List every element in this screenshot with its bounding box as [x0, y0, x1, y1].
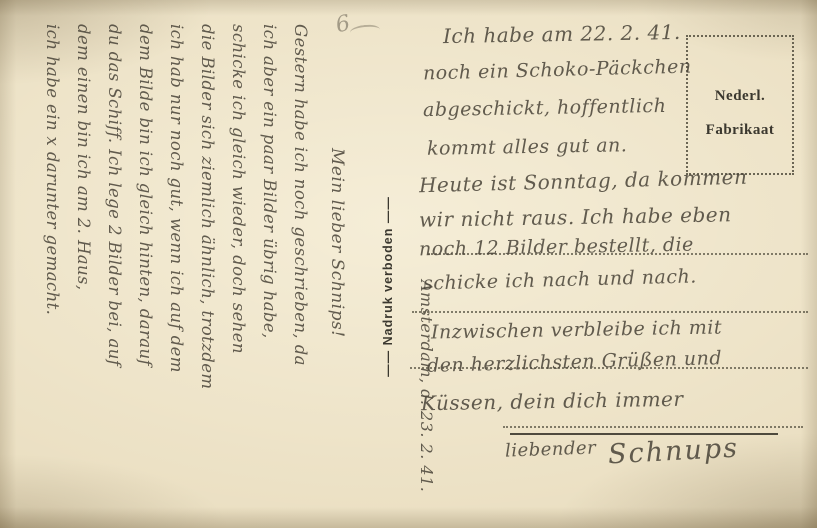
message-line: abgeschickt, hoffentlich: [423, 97, 667, 120]
message-line: Küssen, dein dich immer: [421, 389, 684, 414]
message-line: kommt alles gut an.: [427, 136, 628, 158]
message-line: wir nicht raus. Ich habe eben: [419, 204, 732, 229]
message-line: den herzlichsten Grüßen und: [427, 349, 722, 376]
rotated-message-line: Gestern habe ich noch geschrieben, da: [285, 24, 316, 516]
message-line: noch 12 Bilder bestellt, die: [419, 236, 694, 260]
address-dotted-line: [412, 311, 808, 313]
stamp-box-line2: Fabrikaat: [706, 113, 775, 147]
stamp-box: Nederl. Fabrikaat: [686, 35, 794, 175]
nadruk-verboden-imprint: —— Nadruk verboden ——: [381, 184, 407, 389]
signature-line: Schnups: [607, 435, 739, 469]
rotated-message-line: ich hab nur noch gut, wenn ich auf dem: [161, 24, 192, 516]
address-dotted-line: [503, 426, 803, 428]
postcard-back: 6 Nederl. Fabrikaat —— Nadruk verboden —…: [0, 0, 817, 528]
message-line: Ich habe am 22. 2. 41.: [443, 22, 681, 46]
message-line: noch ein Schoko-Päckchen: [423, 57, 692, 83]
pencil-swoosh-mark: [349, 23, 380, 38]
salutation-line: Mein lieber Schnips!: [328, 148, 345, 434]
stamp-box-line1: Nederl.: [715, 79, 766, 113]
rotated-message-line: schicke ich gleich wieder, doch sehen: [223, 24, 254, 516]
message-line: Heute ist Sonntag, da kommen: [419, 167, 748, 196]
rotated-message-line: dem einen bin ich am 2. Haus,: [68, 24, 99, 516]
rotated-message-line: die Bilder sich ziemlich ähnlich, trotzd…: [192, 24, 223, 516]
pencil-mark: 6: [334, 11, 353, 38]
rotated-message-line: du das Schiff. Ich lege 2 Bilder bei, au…: [99, 24, 130, 516]
message-line: schicke ich nach und nach.: [423, 267, 697, 293]
rotated-message-line: dem Bilde bin ich gleich hinten, darauf: [130, 24, 161, 516]
rotated-message-line: ich aber ein paar Bilder übrig habe,: [254, 24, 285, 516]
message-line: Inzwischen verbleibe ich mit: [431, 318, 722, 342]
rotated-message-block: Gestern habe ich noch geschrieben, da ic…: [30, 24, 316, 516]
closing-line: liebender: [505, 439, 597, 460]
rotated-message-line: ich habe ein x darunter gemacht.: [37, 24, 68, 516]
